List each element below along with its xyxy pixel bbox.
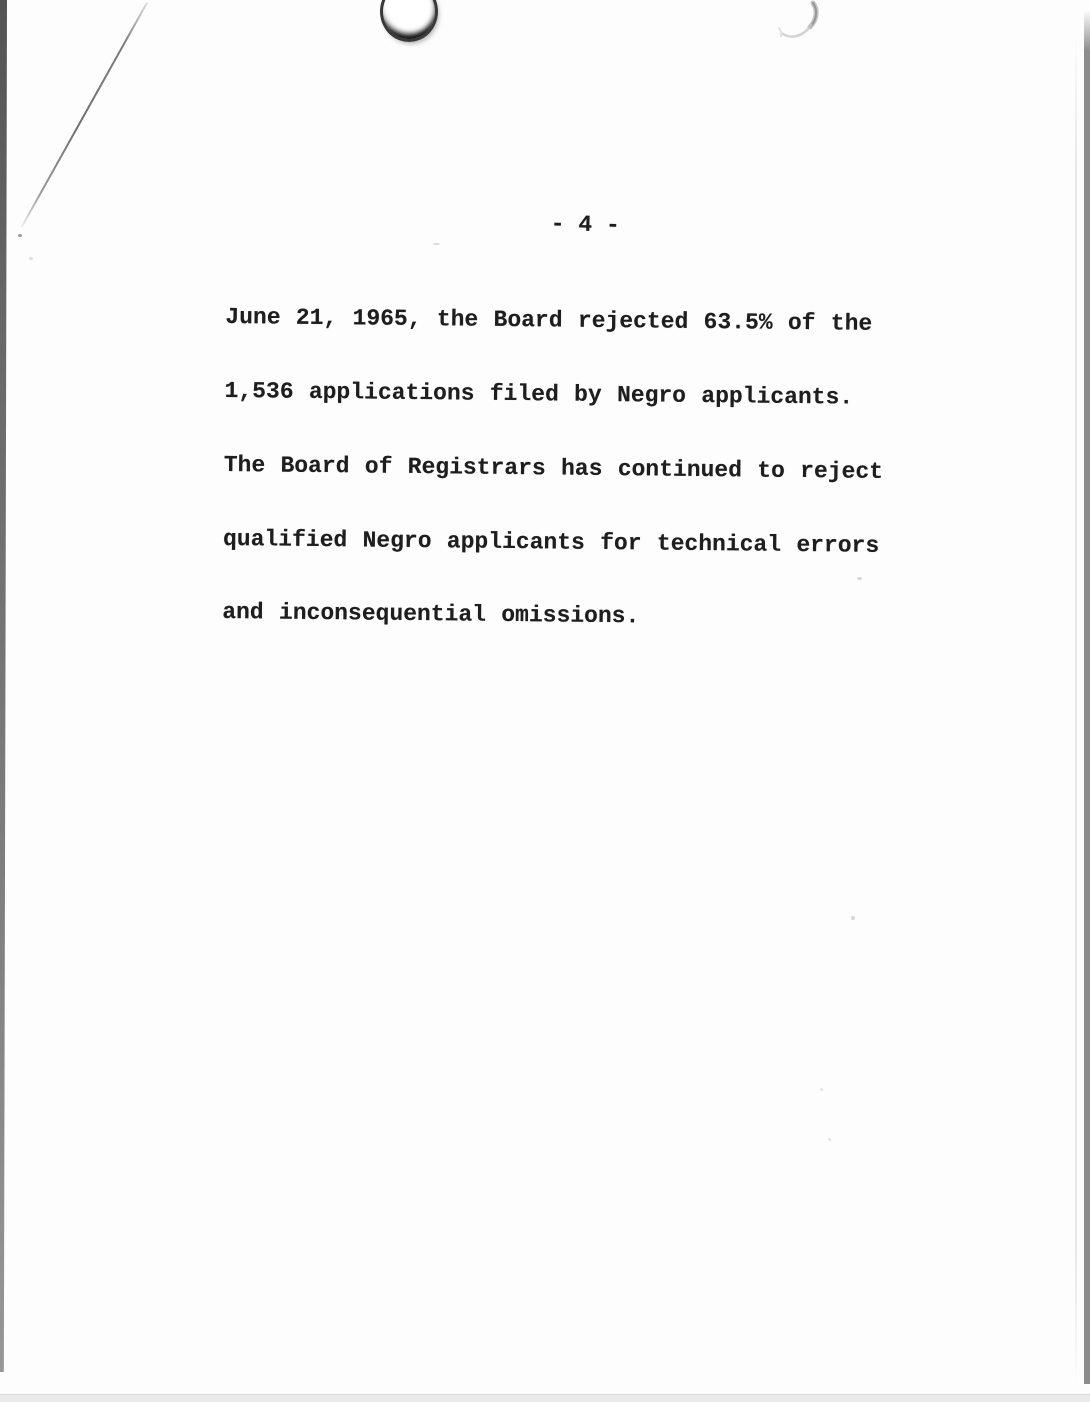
- scanner-edge-left: [0, 0, 7, 1372]
- smudge-mark: [773, 0, 837, 54]
- scanned-document-page: - 4 - June 21, 1965, the Board rejected …: [0, 0, 1090, 1402]
- fold-crease-line: [21, 2, 148, 227]
- dust-speck: [851, 916, 855, 920]
- dust-speck: [820, 1088, 823, 1091]
- page-number: - 4 -: [550, 212, 620, 238]
- dust-speck: [433, 243, 440, 245]
- crease-dot: [18, 234, 22, 237]
- paragraph-line: June 21, 1965, the Board rejected 63.5% …: [225, 305, 884, 336]
- paragraph-line: The Board of Registrars has continued to…: [224, 453, 883, 484]
- dust-speck: [828, 1138, 831, 1141]
- body-paragraph: June 21, 1965, the Board rejected 63.5% …: [222, 256, 886, 681]
- dust-speck: [29, 257, 33, 260]
- scanner-edge-bottom: [0, 1394, 1090, 1402]
- paragraph-line: and inconsequential omissions.: [222, 600, 881, 631]
- scanner-edge-right: [1084, 10, 1090, 1384]
- paragraph-line: qualified Negro applicants for technical…: [223, 527, 882, 558]
- paragraph-line: 1,536 applications filed by Negro applic…: [224, 379, 883, 410]
- punch-hole: [380, 0, 438, 42]
- scanner-edge-right-faint-line: [1075, 30, 1077, 1390]
